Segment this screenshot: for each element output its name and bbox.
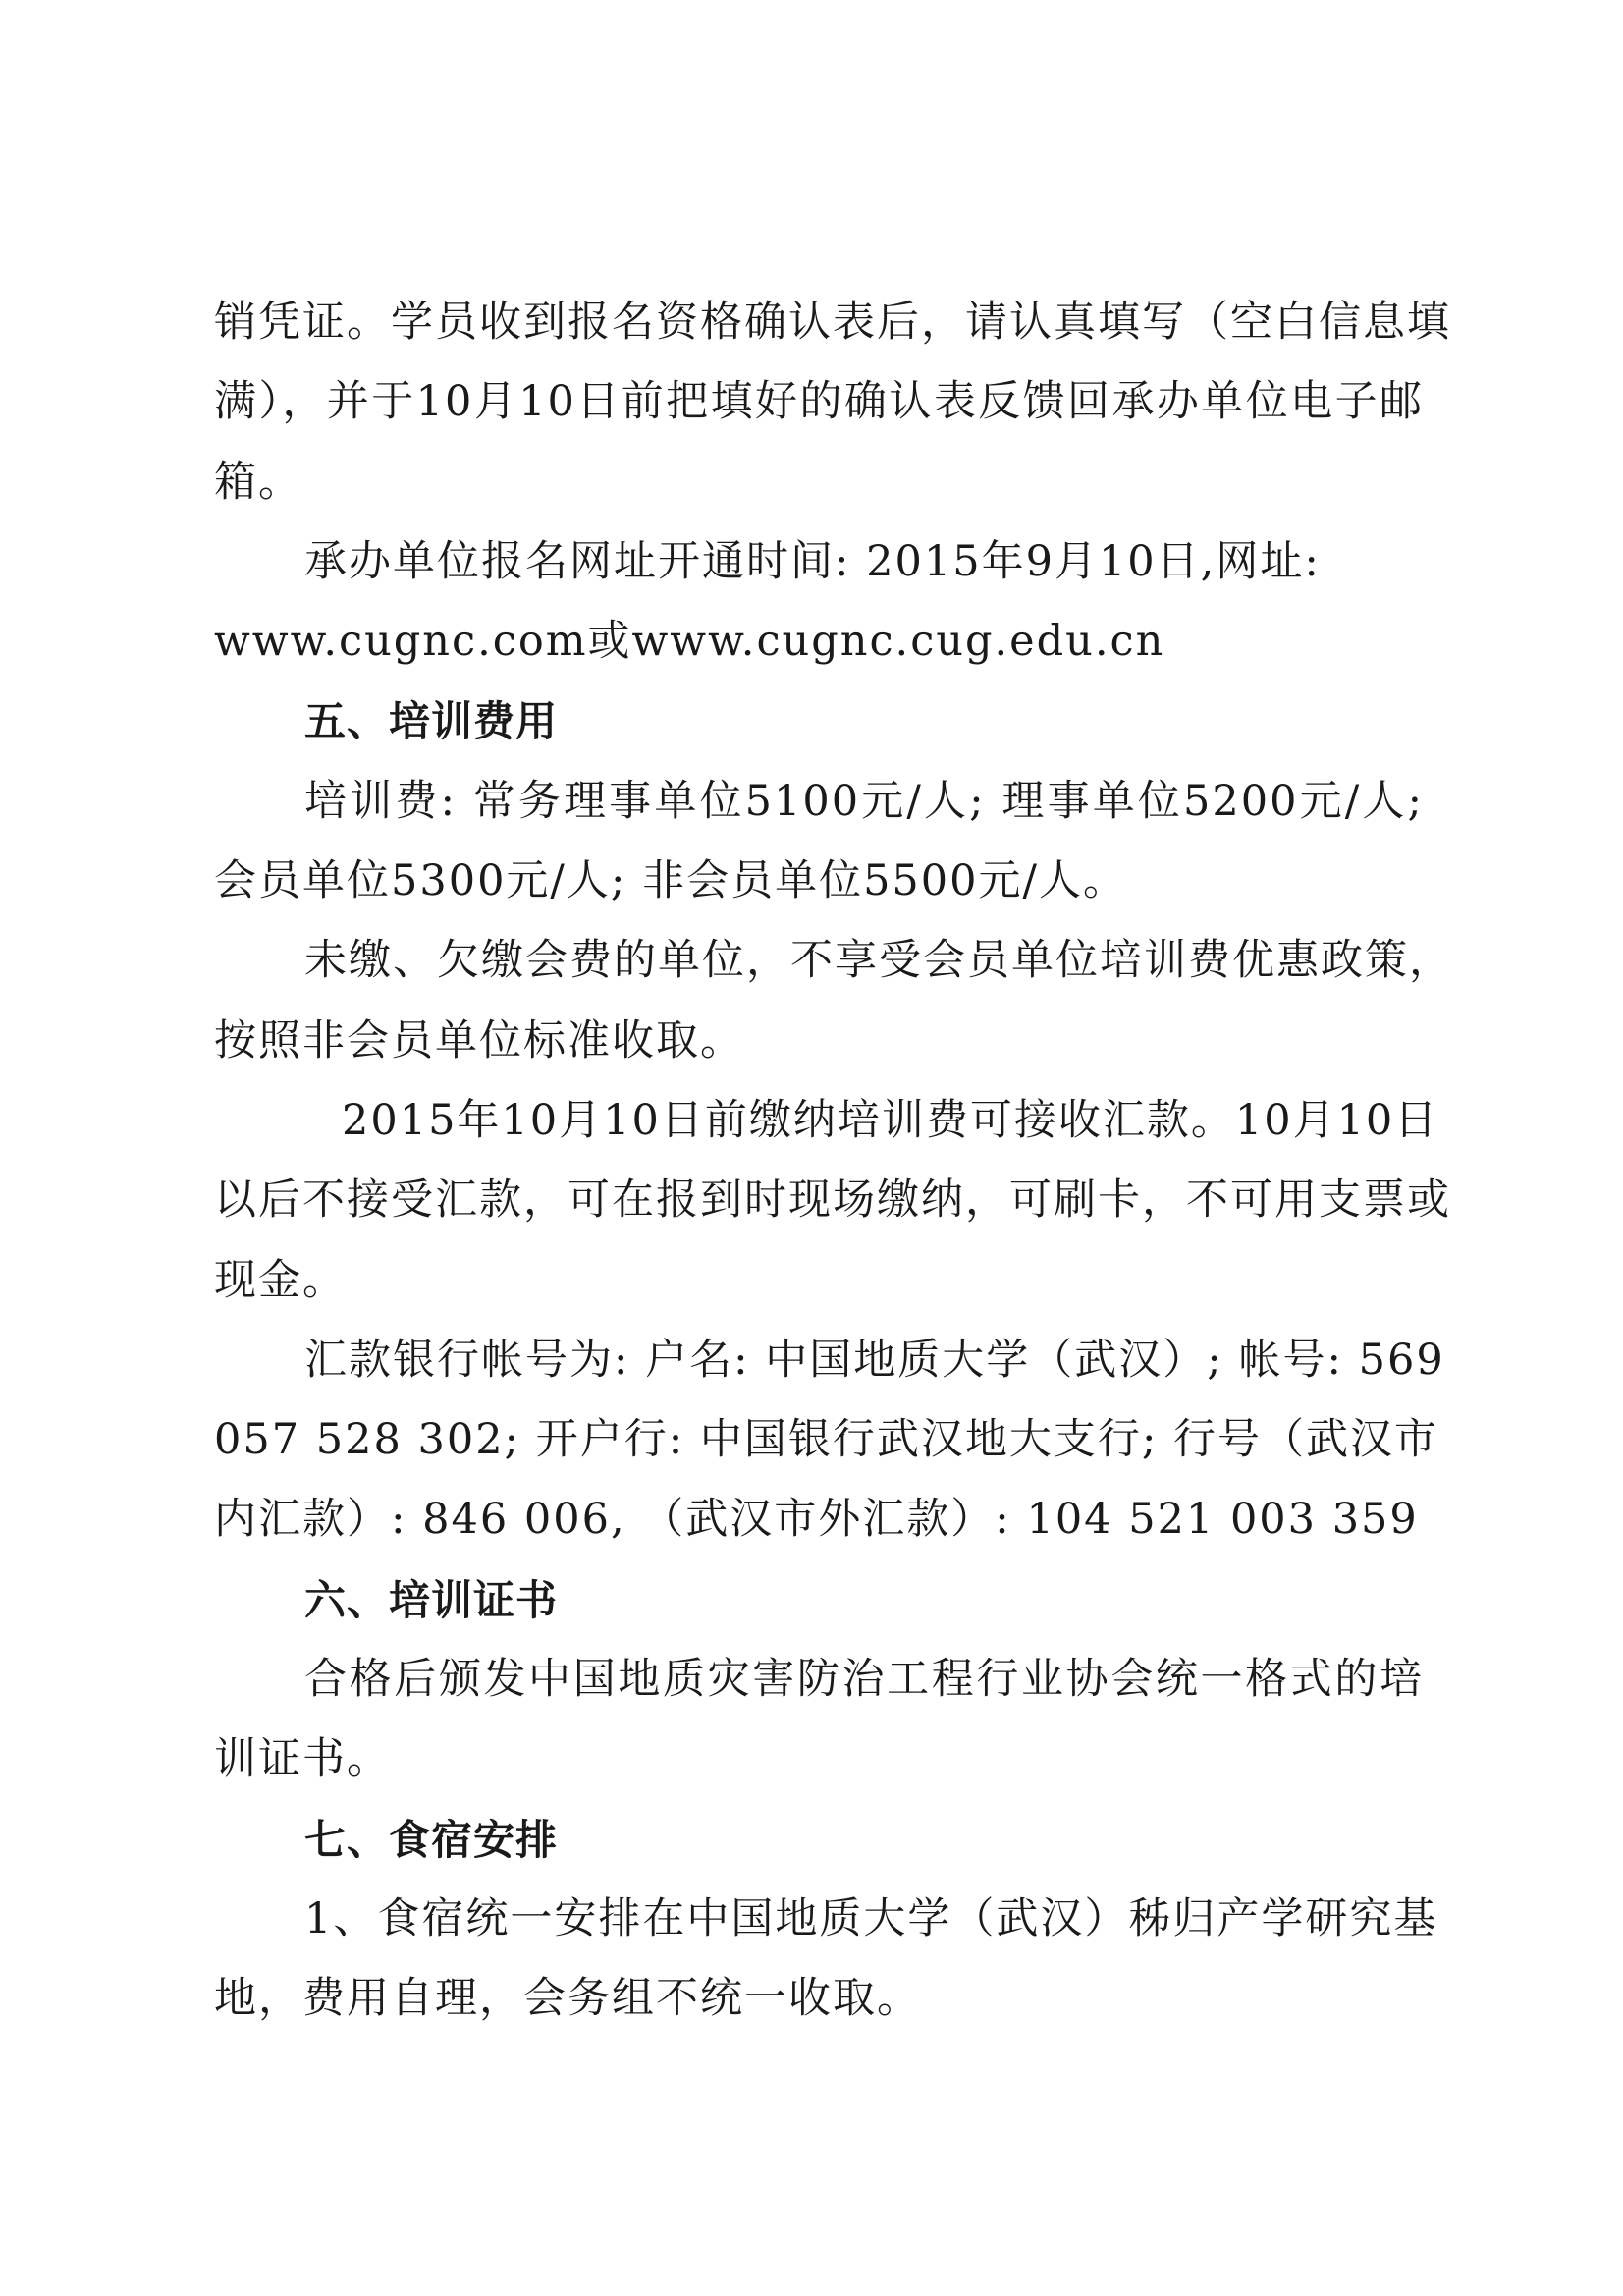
website-links[interactable]: www.cugnc.com或www.cugnc.cug.edu.cn	[214, 602, 1424, 682]
text-line: 现金。	[214, 1241, 1424, 1321]
text-line: 销凭证。学员收到报名资格确认表后，请认真填写（空白信息填	[214, 283, 1424, 362]
text-line: 1、食宿统一安排在中国地质大学（武汉）秭归产学研究基	[214, 1880, 1424, 1959]
registration-paragraph: 销凭证。学员收到报名资格确认表后，请认真填写（空白信息填 满），并于10月10日…	[214, 283, 1424, 522]
text-line: 2015年10月10日前缴纳培训费可接收汇款。10月10日	[214, 1081, 1424, 1161]
accommodation-item-1: 1、食宿统一安排在中国地质大学（武汉）秭归产学研究基 地，费用自理，会务组不统一…	[214, 1880, 1424, 2040]
text-line: 承办单位报名网址开通时间: 2015年9月10日,网址:	[214, 522, 1424, 602]
section-training-certificate: 六、培训证书 合格后颁发中国地质灾害防治工程行业协会统一格式的培 训证书。	[214, 1560, 1424, 1800]
text-line: 057 528 302; 开户行: 中国银行武汉地大支行; 行号（武汉市	[214, 1400, 1424, 1480]
section-heading: 六、培训证书	[214, 1560, 1424, 1640]
text-line: 按照非会员单位标准收取。	[214, 1002, 1424, 1081]
text-line: 训证书。	[214, 1720, 1424, 1799]
text-line: 箱。	[214, 443, 1424, 522]
text-line: 未缴、欠缴会费的单位，不享受会员单位培训费优惠政策，	[214, 921, 1424, 1001]
unpaid-dues-paragraph: 未缴、欠缴会费的单位，不享受会员单位培训费优惠政策， 按照非会员单位标准收取。	[214, 921, 1424, 1081]
text-line: 以后不接受汇款，可在报到时现场缴纳，可刷卡，不可用支票或	[214, 1161, 1424, 1240]
document-page: 销凭证。学员收到报名资格确认表后，请认真填写（空白信息填 满），并于10月10日…	[214, 283, 1424, 2040]
text-line: 地，费用自理，会务组不统一收取。	[214, 1959, 1424, 2039]
section-training-fees: 五、培训费用 培训费: 常务理事单位5100元/人; 理事单位5200元/人; …	[214, 682, 1424, 1559]
bank-account-paragraph: 汇款银行帐号为: 户名: 中国地质大学（武汉）; 帐号: 569 057 528…	[214, 1321, 1424, 1560]
section-heading: 五、培训费用	[214, 682, 1424, 761]
section-heading: 七、食宿安排	[214, 1800, 1424, 1880]
text-line: 内汇款）: 846 006, （武汉市外汇款）: 104 521 003 359	[214, 1480, 1424, 1559]
fee-paragraph: 培训费: 常务理事单位5100元/人; 理事单位5200元/人; 会员单位530…	[214, 762, 1424, 922]
text-line: 合格后颁发中国地质灾害防治工程行业协会统一格式的培	[214, 1640, 1424, 1720]
text-line: 培训费: 常务理事单位5100元/人; 理事单位5200元/人;	[214, 762, 1424, 842]
text-line: 汇款银行帐号为: 户名: 中国地质大学（武汉）; 帐号: 569	[214, 1321, 1424, 1400]
payment-deadline-paragraph: 2015年10月10日前缴纳培训费可接收汇款。10月10日 以后不接受汇款，可在…	[214, 1081, 1424, 1321]
website-paragraph: 承办单位报名网址开通时间: 2015年9月10日,网址: www.cugnc.c…	[214, 522, 1424, 683]
certificate-paragraph: 合格后颁发中国地质灾害防治工程行业协会统一格式的培 训证书。	[214, 1640, 1424, 1800]
text-line: 满），并于10月10日前把填好的确认表反馈回承办单位电子邮	[214, 362, 1424, 442]
section-accommodation: 七、食宿安排 1、食宿统一安排在中国地质大学（武汉）秭归产学研究基 地，费用自理…	[214, 1800, 1424, 2040]
text-line: 会员单位5300元/人; 非会员单位5500元/人。	[214, 842, 1424, 921]
